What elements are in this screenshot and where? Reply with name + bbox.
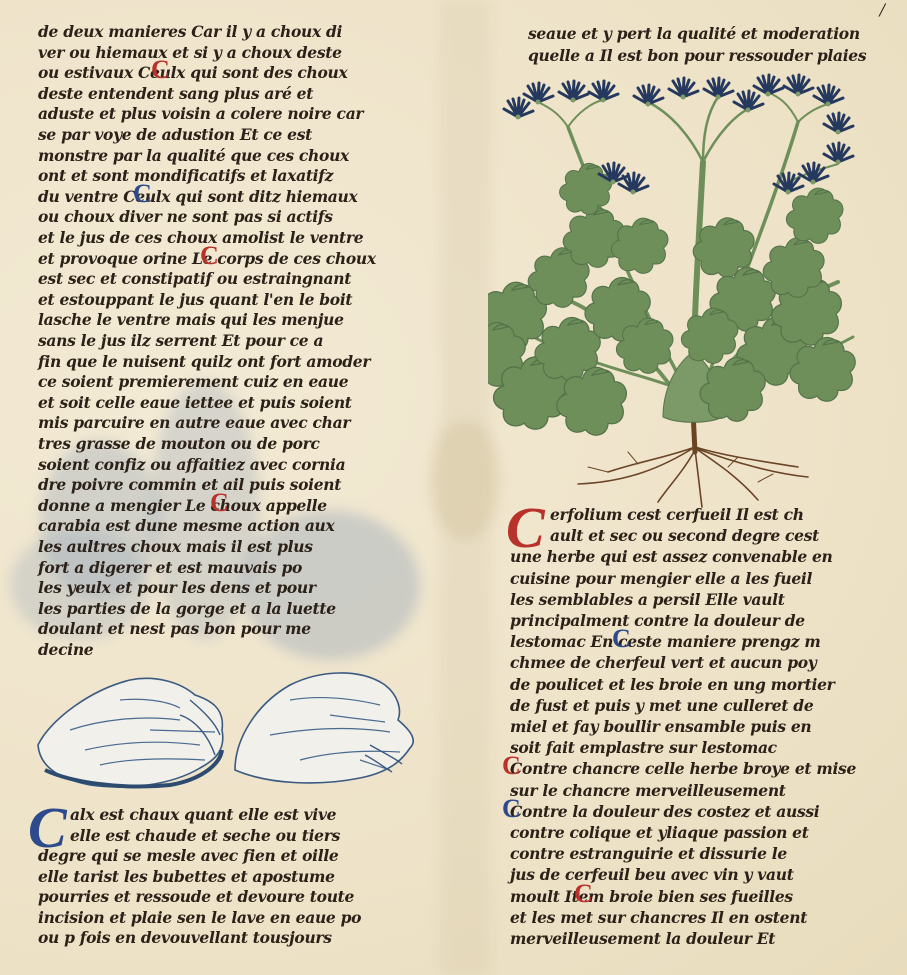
plant-flowers [504, 75, 853, 195]
text-line: ou p fois en devouvellant tousjours [38, 928, 332, 947]
text-line: aduste et plus voisin a colere noire car [38, 104, 363, 123]
text-line: Contre la douleur des costez et aussi [510, 802, 819, 821]
text-line: ou estivaux Ceulx qui sont des choux [38, 63, 347, 82]
plant-roots [578, 412, 808, 507]
text-line: les semblables a persil Elle vault [510, 590, 785, 609]
text-line: les yeulx et pour les dens et pour [38, 578, 316, 597]
text-line: donne a mengier Le choux appelle [38, 496, 327, 515]
text-line: lasche le ventre mais qui les menjue [38, 310, 344, 329]
text-line: sans le jus ilz serrent Et pour ce a [38, 331, 323, 350]
text-line: ont et sont mondificatifs et laxatifz [38, 166, 333, 185]
left-text-block-1: de deux manieres Car il y a choux diver … [38, 22, 398, 662]
text-line: du ventre Ceulx qui sont ditz hiemaux [38, 187, 357, 206]
text-line: pourries et ressoude et devoure toute [38, 887, 354, 906]
text-line: sur le chancre merveilleusement [510, 781, 786, 800]
text-line: lestomac En ceste maniere prengz m [510, 632, 820, 651]
text-line: tres grasse de mouton ou de porc [38, 434, 320, 453]
text-line: miel et fay boullir ensamble puis en [510, 717, 811, 736]
red-initial-letter: C [506, 499, 545, 557]
text-line: ce soient premierement cuiz en eaue [38, 372, 348, 391]
text-line: chmee de cherfeul vert et aucun poy [510, 653, 817, 672]
text-line: jus de cerfeuil beu avec vin y vaut [510, 865, 794, 884]
red-initial-letter: C [210, 490, 229, 516]
text-line: quelle a Il est bon pour ressouder plaie… [528, 46, 866, 65]
blue-initial-letter: C [502, 796, 521, 822]
text-line: fort a digerer et est mauvais po [38, 558, 302, 577]
blue-initial-letter: C [612, 626, 631, 652]
text-line: de deux manieres Car il y a choux di [38, 22, 342, 41]
stone-right [235, 673, 413, 783]
text-line: dre poivre commin et ail puis soient [38, 475, 341, 494]
text-line: cuisine pour mengier elle a les fueil [510, 569, 812, 588]
text-line: doulant et nest pas bon pour me [38, 619, 311, 638]
folio-mark: / [880, 0, 885, 19]
blue-initial-letter: C [133, 181, 152, 207]
text-line: decine [38, 640, 93, 659]
text-line: seaue et y pert la qualité et moderation [528, 24, 860, 43]
right-text-block-1: seaue et y pert la qualité et moderation… [528, 24, 878, 74]
text-line: et les met sur chancres Il en ostent [510, 908, 807, 927]
stone-left [38, 678, 223, 787]
text-line: ault et sec ou second degre cest [550, 526, 819, 545]
text-line: erfolium cest cerfueil Il est ch [550, 505, 804, 524]
gutter-shadow [440, 0, 490, 975]
text-line: contre colique et yliaque passion et [510, 823, 809, 842]
text-line: une herbe qui est assez convenable en [510, 547, 833, 566]
text-line: deste entendent sang plus aré et [38, 84, 313, 103]
text-line: incision et plaie sen le lave en eaue po [38, 908, 361, 927]
text-line: est sec et constipatif ou estraingnant [38, 269, 351, 288]
text-line: elle est chaude et seche ou tiers [70, 826, 340, 845]
text-line: merveilleusement la douleur Et [510, 929, 775, 948]
text-line: les parties de la gorge et a la luette [38, 599, 336, 618]
right-text-block-2: erfolium cest cerfueil Il est chault et … [510, 505, 890, 965]
text-line: et soit celle eaue iettee et puis soient [38, 393, 352, 412]
text-line: soit fait emplastre sur lestomac [510, 738, 777, 757]
text-line: mis parcuire en autre eaue avec char [38, 413, 350, 432]
text-line: degre qui se mesle avec fien et oille [38, 846, 338, 865]
text-line: et estouppant le jus quant l'en le boit [38, 290, 352, 309]
red-initial-letter: C [200, 243, 219, 269]
text-line: elle tarist les bubettes et apostume [38, 867, 335, 886]
text-line: soient confiz ou affaitiez avec cornia [38, 455, 345, 474]
red-initial-letter: C [151, 57, 170, 83]
text-line: carabia est dune mesme action aux [38, 516, 334, 535]
stones-illustration [30, 660, 430, 800]
text-line: les aultres choux mais il est plus [38, 537, 313, 556]
left-text-block-2: alx est chaux quant elle est viveelle es… [38, 805, 398, 965]
text-line: moult Item broie bien ses fueilles [510, 887, 793, 906]
manuscript-spread: de deux manieres Car il y a choux diver … [0, 0, 907, 975]
text-line: se par voye de adustion Et ce est [38, 125, 312, 144]
text-line: de poulicet et les broie en ung mortier [510, 675, 835, 694]
text-line: ou choux diver ne sont pas si actifs [38, 207, 333, 226]
text-line: alx est chaux quant elle est vive [70, 805, 336, 824]
plant-illustration [488, 72, 868, 512]
text-line: Contre chancre celle herbe broye et mise [510, 759, 856, 778]
red-initial-letter: C [574, 881, 593, 907]
red-initial-letter: C [502, 753, 521, 779]
blue-initial-letter: C [28, 799, 67, 857]
text-line: monstre par la qualité que ces choux [38, 146, 349, 165]
text-line: contre estranguirie et dissurie le [510, 844, 787, 863]
text-line: ver ou hiemaux et si y a choux deste [38, 43, 342, 62]
text-line: de fust et puis y met une culleret de [510, 696, 813, 715]
text-line: principalment contre la douleur de [510, 611, 805, 630]
text-line: fin que le nuisent quilz ont fort amoder [38, 352, 370, 371]
